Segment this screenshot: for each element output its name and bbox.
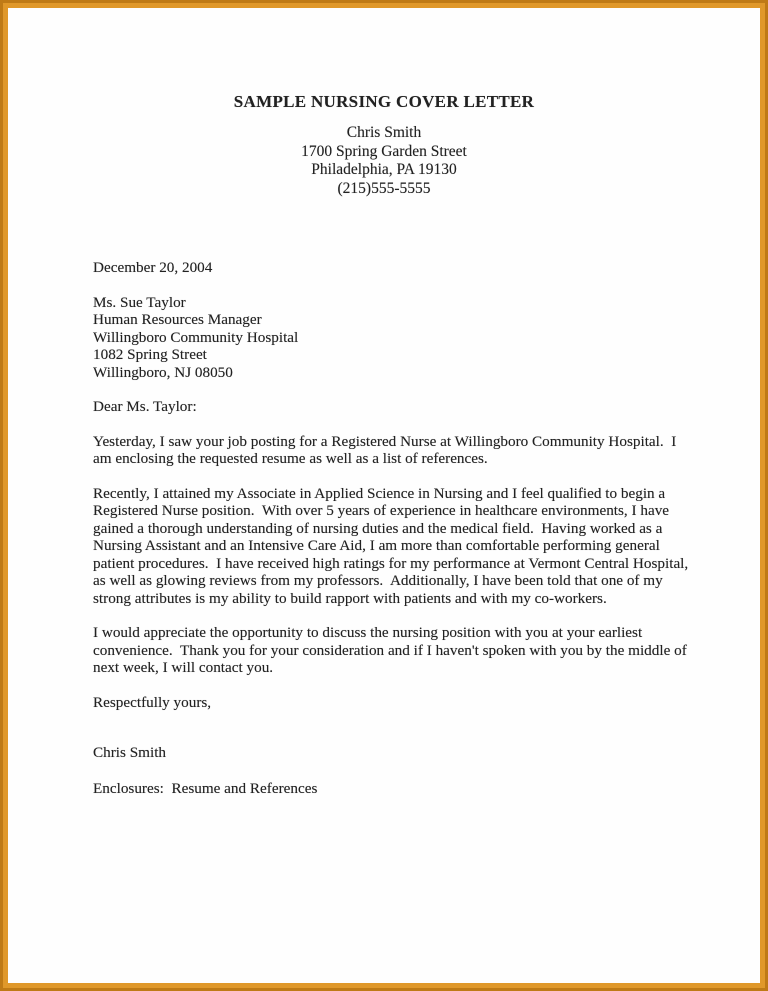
enclosures-line: Enclosures: Resume and References: [93, 780, 698, 798]
letter-page: SAMPLE NURSING COVER LETTER Chris Smith …: [8, 8, 760, 983]
body-paragraph-1: Yesterday, I saw your job posting for a …: [93, 433, 698, 468]
recipient-organization: Willingboro Community Hospital: [93, 329, 698, 347]
document-frame-inner: SAMPLE NURSING COVER LETTER Chris Smith …: [3, 3, 765, 988]
body-paragraph-3: I would appreciate the opportunity to di…: [93, 624, 698, 677]
salutation: Dear Ms. Taylor:: [93, 398, 698, 416]
recipient-name: Ms. Sue Taylor: [93, 294, 698, 312]
recipient-street: 1082 Spring Street: [93, 346, 698, 364]
sender-contact-block: Chris Smith 1700 Spring Garden Street Ph…: [8, 124, 760, 198]
letter-body: December 20, 2004 Ms. Sue Taylor Human R…: [93, 259, 698, 797]
recipient-address-block: Ms. Sue Taylor Human Resources Manager W…: [93, 294, 698, 382]
body-paragraph-2: Recently, I attained my Associate in App…: [93, 485, 698, 608]
sender-name: Chris Smith: [8, 124, 760, 143]
letter-header: SAMPLE NURSING COVER LETTER Chris Smith …: [8, 92, 760, 198]
sender-street: 1700 Spring Garden Street: [8, 143, 760, 162]
recipient-job-title: Human Resources Manager: [93, 311, 698, 329]
letter-date: December 20, 2004: [93, 259, 698, 277]
document-frame-outer: SAMPLE NURSING COVER LETTER Chris Smith …: [0, 0, 768, 991]
sender-phone: (215)555-5555: [8, 180, 760, 199]
recipient-city-state-zip: Willingboro, NJ 08050: [93, 364, 698, 382]
letter-title: SAMPLE NURSING COVER LETTER: [8, 92, 760, 112]
signature-name: Chris Smith: [93, 744, 698, 762]
closing-phrase: Respectfully yours,: [93, 694, 698, 712]
sender-city-state-zip: Philadelphia, PA 19130: [8, 161, 760, 180]
